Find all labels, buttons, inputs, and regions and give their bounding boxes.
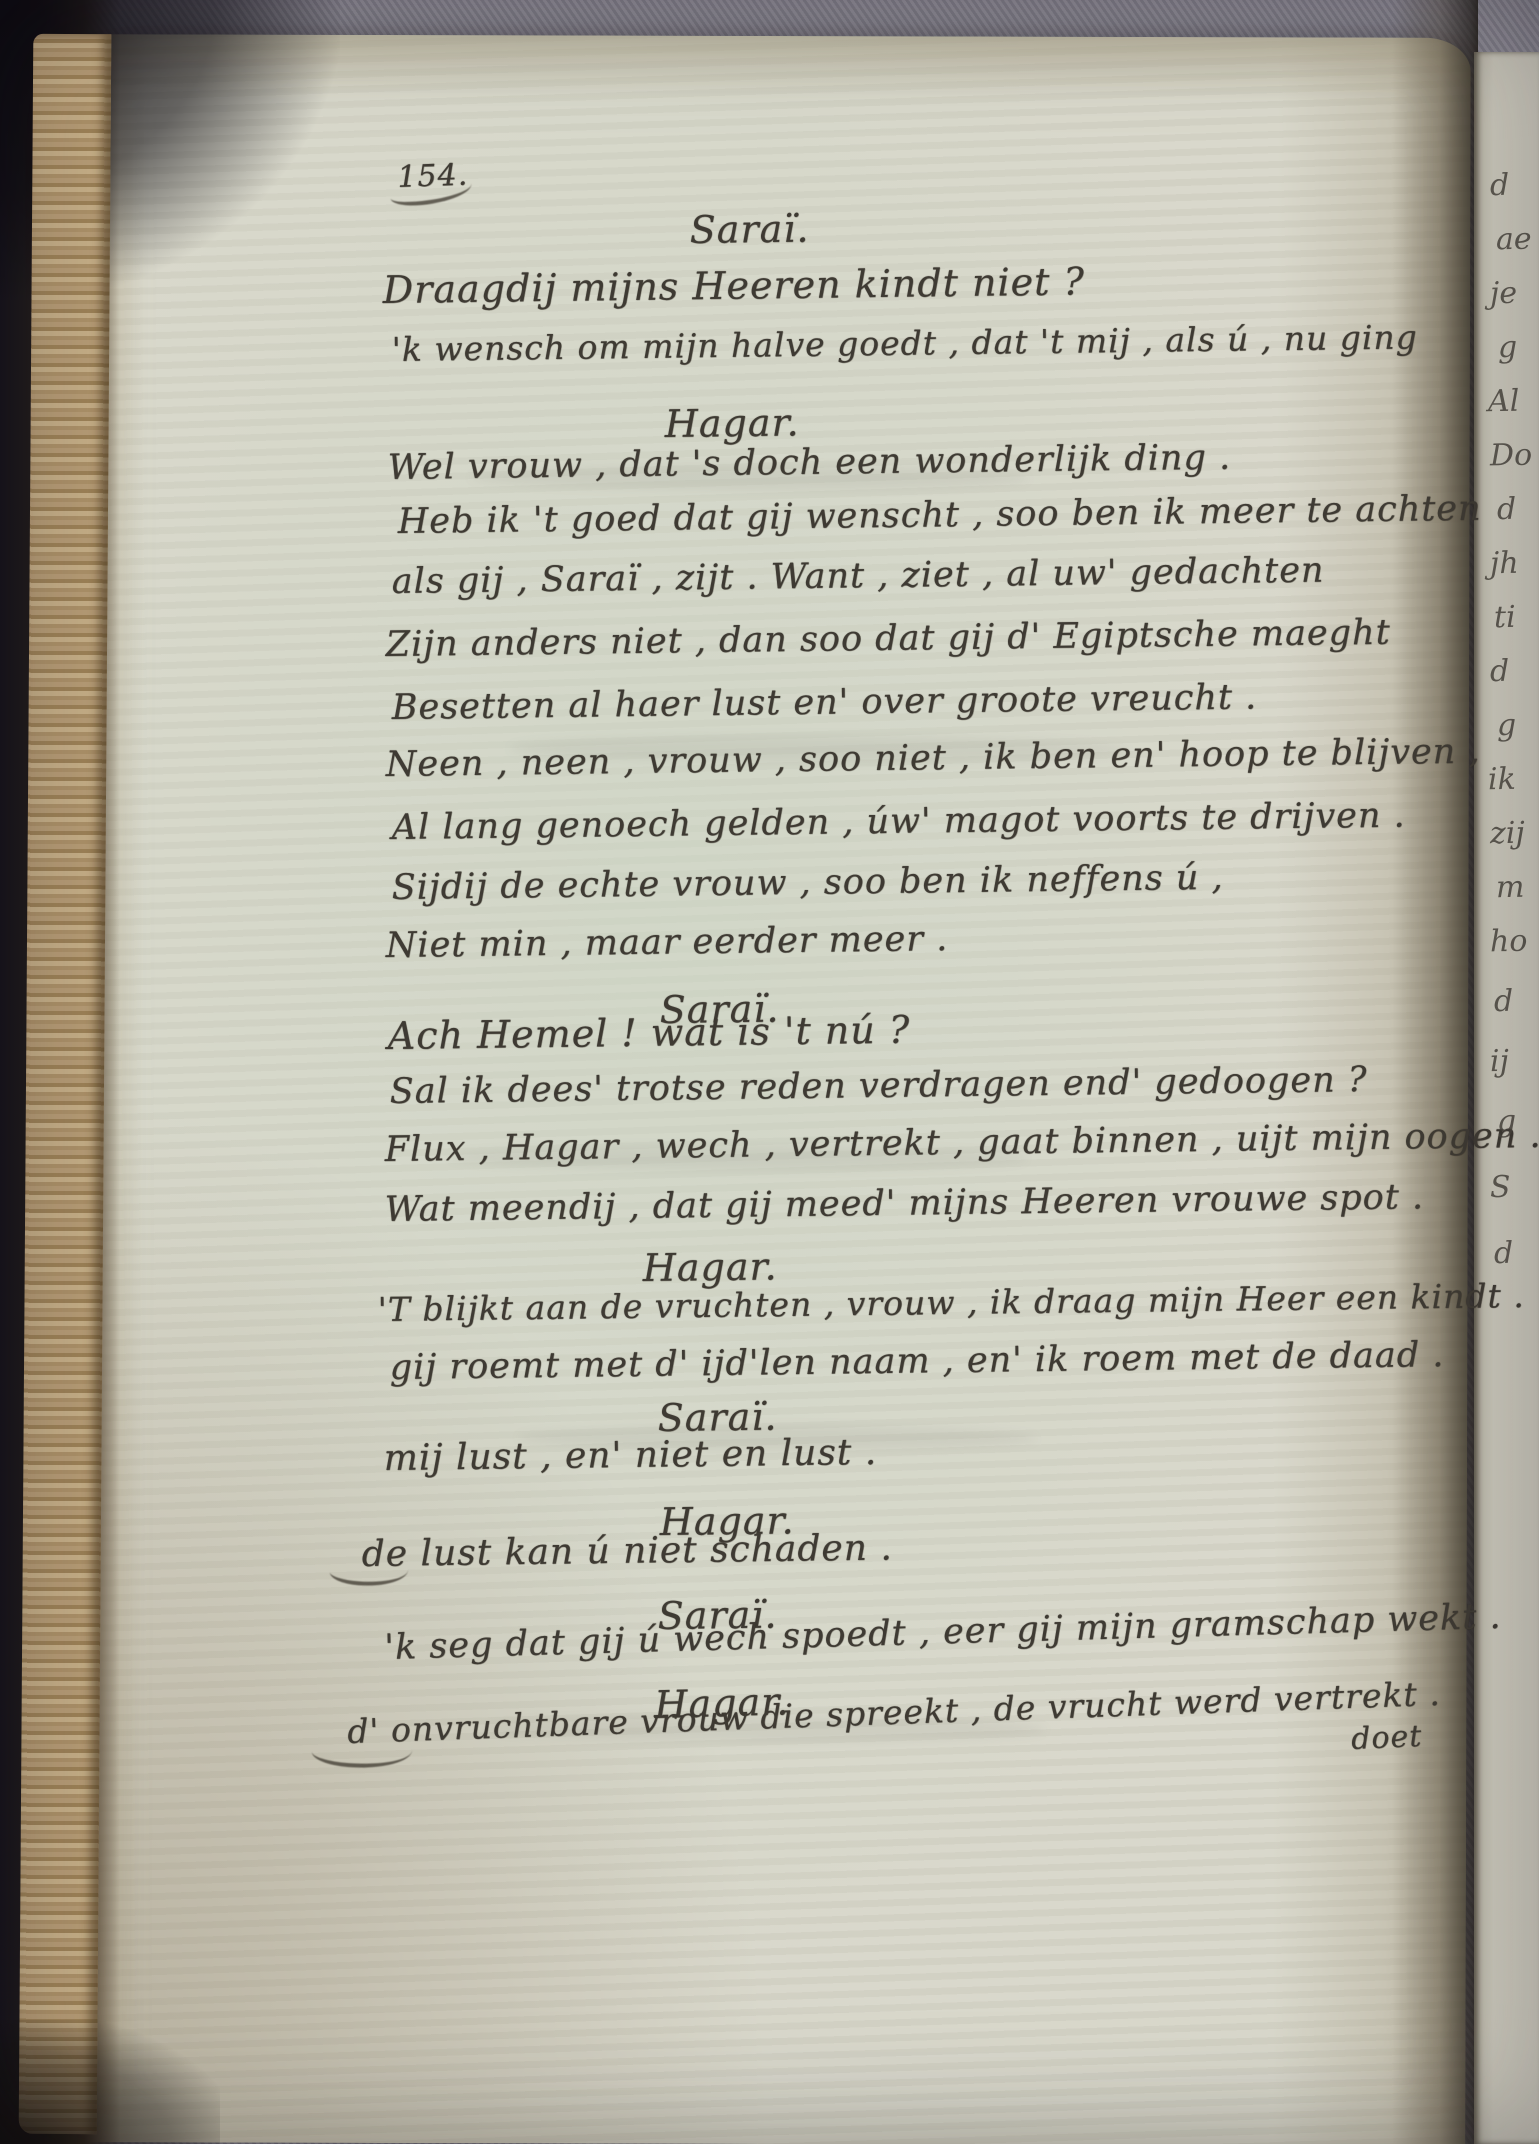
facing-page-text-fragment: d — [1494, 1236, 1514, 1271]
facing-page-text-fragment: g — [1497, 708, 1517, 743]
facing-page-text-fragment: S — [1490, 1170, 1511, 1205]
facing-page-text-fragment: m — [1496, 870, 1525, 905]
facing-page-text-fragment: d — [1490, 654, 1510, 689]
facing-page-text-fragment: d — [1490, 168, 1510, 203]
page-edge-stack — [19, 34, 112, 2134]
facing-page-text-fragment: g — [1497, 1104, 1517, 1139]
facing-page-text-fragment: ti — [1494, 600, 1516, 635]
facing-page-sliver — [1474, 52, 1539, 2144]
facing-page-text-fragment: g — [1498, 330, 1518, 365]
facing-page-text-fragment: d — [1497, 492, 1517, 527]
facing-page-text-fragment: jh — [1490, 546, 1519, 581]
speaker-heading-hagar: Hagar. — [642, 1244, 777, 1290]
verse-line: mij lust , en' niet en lust . — [383, 1432, 877, 1479]
facing-page-text-fragment: zij — [1490, 816, 1525, 852]
facing-page-text-fragment: ho — [1490, 924, 1528, 960]
verse-line: Ach Hemel ! wat is 't nú ? — [387, 1008, 910, 1058]
bottom-left-shadow — [0, 2020, 220, 2144]
speaker-heading-hagar: Hagar. — [664, 400, 799, 446]
verse-line: Niet min , maar eerder meer . — [386, 919, 949, 966]
catchword: doet — [1350, 1719, 1423, 1757]
verse-line: Draagdij mijns Heeren kindt niet ? — [382, 259, 1085, 312]
verse-line: de lust kan ú niet schaden . — [361, 1528, 893, 1575]
facing-page-text-fragment: Do — [1490, 438, 1533, 474]
facing-page-text-fragment: ij — [1490, 1044, 1510, 1079]
facing-page-text-fragment: ik — [1488, 762, 1516, 797]
speaker-heading-sarai: Saraï. — [689, 207, 809, 252]
facing-page-text-fragment: je — [1490, 276, 1518, 311]
facing-page-text-fragment: ae — [1496, 222, 1532, 258]
manuscript-photo: { "page": { "number": "154.", "catchword… — [0, 0, 1539, 2144]
facing-page-text-fragment: d — [1494, 984, 1514, 1019]
facing-page-text-fragment: Al — [1488, 384, 1520, 420]
